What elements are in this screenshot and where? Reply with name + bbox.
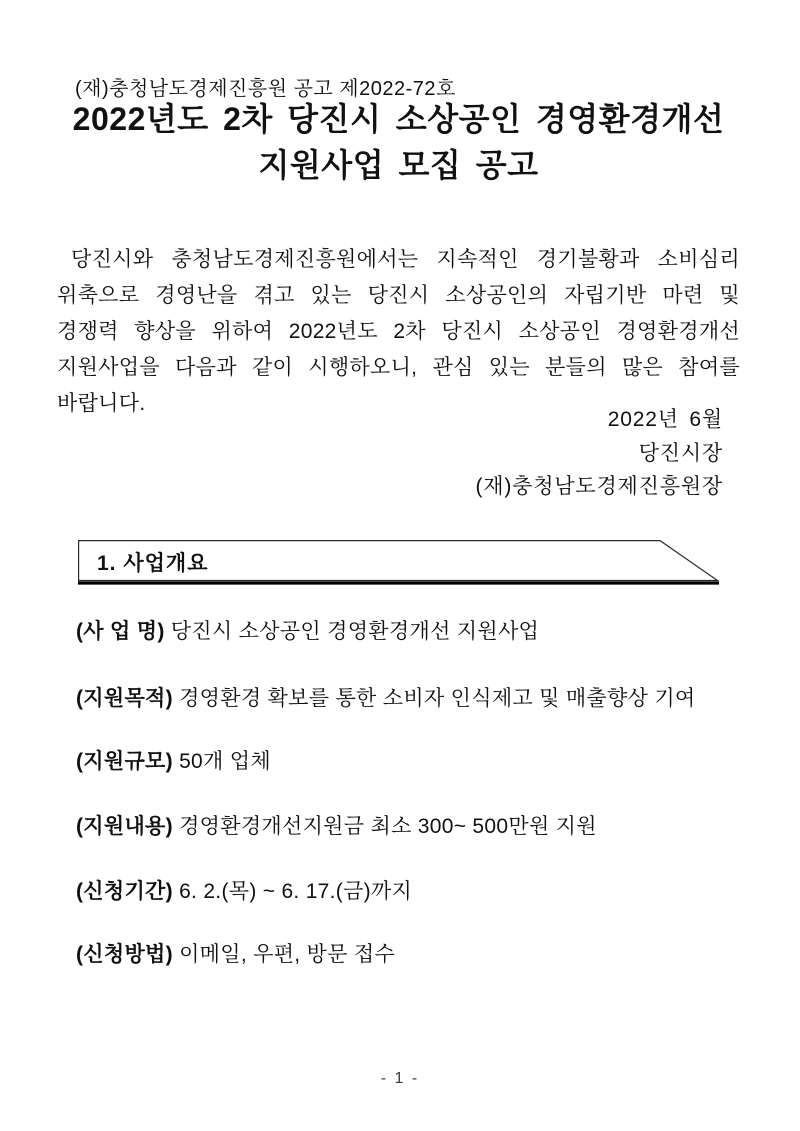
document-title: 2022년도 2차 당진시 소상공인 경영환경개선 지원사업 모집 공고	[57, 96, 740, 188]
document-title-line-1: 2022년도 2차 당진시 소상공인 경영환경개선	[57, 96, 740, 142]
signature-date: 2022년 6월	[57, 403, 723, 437]
intro-line: 경쟁력 향상을 위하여 2022년도 2차 당진시 소상공인 경영환경개선	[57, 314, 740, 350]
item-label: (지원규모)	[76, 750, 173, 773]
item-support-content: (지원내용) 경영환경개선지원금 최소 300~ 500만원 지원	[76, 813, 597, 840]
item-value: 이메일, 우편, 방문 접수	[179, 943, 395, 966]
item-support-scale: (지원규모) 50개 업체	[76, 748, 271, 775]
item-value: 6. 2.(목) ~ 6. 17.(금)까지	[179, 880, 412, 903]
intro-paragraph: 당진시와 충청남도경제진흥원에서는 지속적인 경기불황과 소비심리 위축으로 경…	[57, 242, 740, 422]
section-header-box: 1. 사업개요	[78, 540, 723, 587]
item-value: 당진시 소상공인 경영환경개선 지원사업	[171, 620, 539, 643]
signer-mayor: 당진시장	[57, 437, 723, 471]
item-label: (사 업 명)	[76, 620, 165, 643]
item-label: (지원목적)	[76, 687, 173, 710]
item-value: 50개 업체	[179, 750, 271, 773]
intro-line: 당진시와 충청남도경제진흥원에서는 지속적인 경기불황과 소비심리	[57, 242, 740, 278]
document-page: (재)충청남도경제진흥원 공고 제2022-72호 2022년도 2차 당진시 …	[0, 0, 800, 1131]
document-title-line-2: 지원사업 모집 공고	[57, 142, 740, 188]
intro-line: 위축으로 경영난을 겪고 있는 당진시 소상공인의 자립기반 마련 및	[57, 278, 740, 314]
item-value: 경영환경 확보를 통한 소비자 인식제고 및 매출향상 기여	[179, 687, 695, 710]
item-business-name: (사 업 명) 당진시 소상공인 경영환경개선 지원사업	[76, 618, 539, 645]
item-application-period: (신청기간) 6. 2.(목) ~ 6. 17.(금)까지	[76, 878, 412, 905]
section-title: 1. 사업개요	[97, 547, 209, 577]
item-support-purpose: (지원목적) 경영환경 확보를 통한 소비자 인식제고 및 매출향상 기여	[76, 685, 696, 712]
item-application-method: (신청방법) 이메일, 우편, 방문 접수	[76, 941, 395, 968]
intro-line: 지원사업을 다음과 같이 시행하오니, 관심 있는 분들의 많은 참여를	[57, 350, 740, 386]
item-value: 경영환경개선지원금 최소 300~ 500만원 지원	[179, 815, 597, 838]
page-number: - 1 -	[0, 1070, 800, 1088]
item-label: (신청기간)	[76, 880, 173, 903]
item-label: (신청방법)	[76, 943, 173, 966]
signature-block: 2022년 6월 당진시장 (재)충청남도경제진흥원장	[57, 403, 723, 504]
signer-agency-head: (재)충청남도경제진흥원장	[57, 470, 723, 504]
item-label: (지원내용)	[76, 815, 173, 838]
